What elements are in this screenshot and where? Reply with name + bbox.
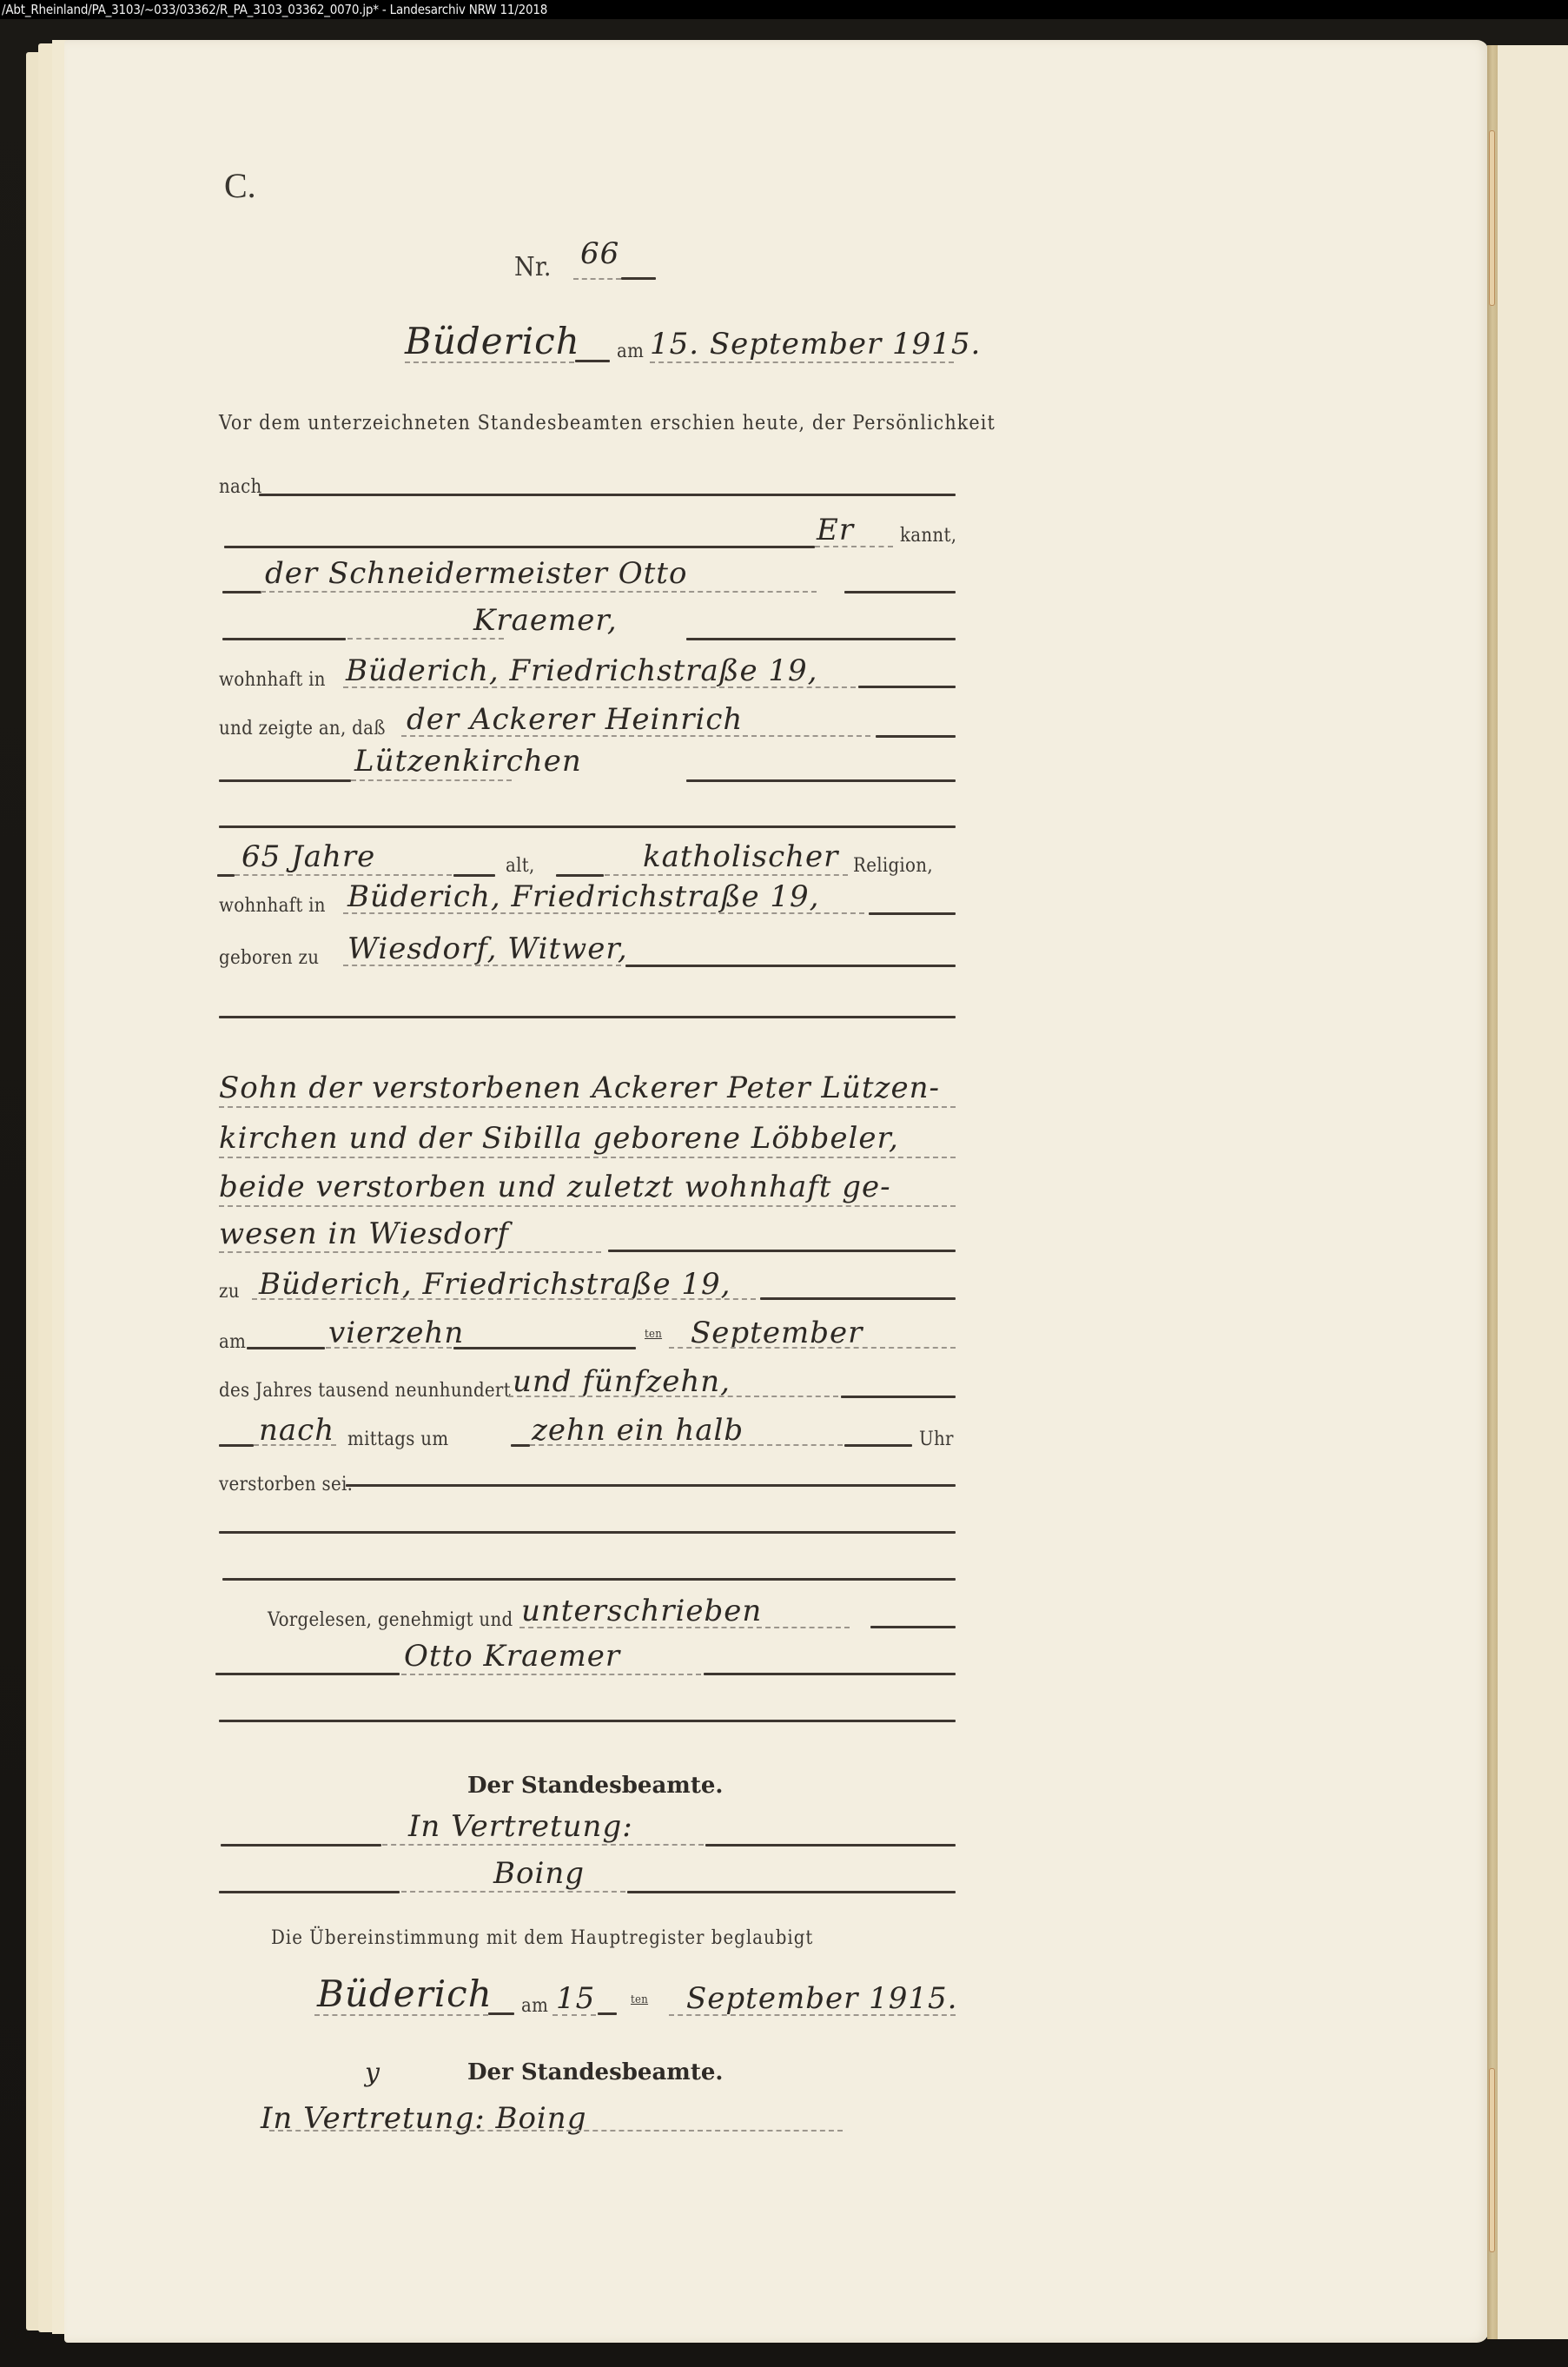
- fill-line: [343, 912, 864, 914]
- fill-line: [552, 2014, 596, 2016]
- fill-line: [815, 546, 893, 547]
- fill-line: [650, 361, 954, 363]
- death-day: vierzehn: [328, 1316, 464, 1350]
- form-line: [704, 1673, 956, 1675]
- informant-residence: Büderich, Friedrichstraße 19,: [346, 653, 817, 688]
- form-line: [870, 1626, 956, 1628]
- fill-line: [343, 965, 621, 966]
- form-line: [219, 1531, 956, 1534]
- death-place: Büderich, Friedrichstraße 19,: [259, 1267, 731, 1302]
- form-line: [259, 494, 956, 496]
- certification-mark: y: [365, 2058, 380, 2088]
- form-line: [858, 686, 956, 688]
- form-line: [219, 1891, 400, 1893]
- vorgelesen-value: unterschrieben: [521, 1594, 762, 1628]
- form-line: [453, 1347, 636, 1349]
- fill-line: [219, 1157, 956, 1158]
- fill-line: [669, 2014, 956, 2016]
- form-line: [215, 1673, 400, 1675]
- mittags-label: mittags um: [347, 1429, 448, 1450]
- informant-line-1: der Schneidermeister Otto: [265, 556, 687, 591]
- certification-am-label: am: [521, 1995, 548, 2017]
- known-label: kannt,: [900, 525, 956, 547]
- religion-label: Religion,: [853, 855, 933, 877]
- fill-line: [343, 686, 856, 688]
- form-line: [219, 1720, 956, 1722]
- nach-label: nach: [219, 476, 262, 498]
- form-line: [453, 874, 495, 877]
- official-signature: Boing: [493, 1856, 585, 1891]
- form-line: [598, 2012, 617, 2015]
- informant-line-2: Kraemer,: [473, 603, 618, 638]
- form-line: [511, 1444, 530, 1447]
- form-line: [608, 1250, 956, 1252]
- vertretung-text: In Vertretung:: [408, 1809, 633, 1844]
- fill-line: [401, 735, 870, 737]
- form-line: [221, 1844, 381, 1847]
- record-number: 66: [580, 236, 619, 271]
- certification-place: Büderich: [317, 1972, 493, 2015]
- fill-line: [605, 874, 848, 876]
- fill-line: [530, 1444, 843, 1446]
- form-line: [219, 779, 351, 782]
- geboren-label: geboren zu: [219, 947, 319, 969]
- informant-signature: Otto Kraemer: [404, 1639, 620, 1674]
- form-line: [219, 1016, 956, 1018]
- form-line: [219, 1444, 254, 1447]
- fill-line: [519, 1627, 850, 1628]
- parents-line-2: kirchen und der Sibilla geborene Löbbele…: [219, 1121, 899, 1156]
- certification-text: Die Übereinstimmung mit dem Hauptregiste…: [271, 1927, 813, 1949]
- certification-ten-suffix: ten: [631, 1993, 648, 2006]
- wohnhaft-label: wohnhaft in: [219, 669, 326, 691]
- form-line: [760, 1297, 956, 1300]
- fill-line: [235, 874, 452, 876]
- fill-line: [326, 1347, 452, 1349]
- ten-suffix: ten: [645, 1328, 662, 1341]
- zu-label: zu: [219, 1281, 240, 1303]
- form-line: [876, 735, 956, 738]
- fill-line: [254, 1444, 336, 1446]
- form-line: [222, 1578, 956, 1581]
- death-time: zehn ein halb: [532, 1413, 744, 1448]
- form-line: [869, 912, 956, 915]
- form-line: [844, 591, 956, 593]
- verstorben-label: verstorben sei.: [219, 1474, 353, 1495]
- fill-line: [669, 1347, 956, 1349]
- form-line: [844, 1444, 912, 1447]
- parents-line-1: Sohn der verstorbenen Ackerer Peter Lütz…: [219, 1071, 940, 1105]
- certification-month-year: September 1915.: [686, 1981, 957, 2016]
- form-line: [686, 779, 956, 782]
- form-line: [488, 2012, 514, 2015]
- form-line: [222, 591, 261, 593]
- fill-line: [252, 1298, 756, 1300]
- form-line: [346, 1484, 956, 1487]
- zeigte-label: und zeigte an, daß: [219, 718, 386, 739]
- fill-line: [573, 278, 621, 280]
- jahres-label: des Jahres tausend neunhundert: [219, 1380, 511, 1402]
- uhr-label: Uhr: [919, 1429, 954, 1450]
- death-year-words: und fünfzehn,: [513, 1364, 731, 1399]
- known-value: Er: [817, 513, 854, 547]
- nach-value: nach: [259, 1413, 334, 1448]
- deceased-line-2: Lützenkirchen: [354, 744, 582, 779]
- form-line: [556, 874, 604, 877]
- fill-line: [351, 779, 512, 781]
- age-value: 65 Jahre: [241, 839, 375, 874]
- form-line: [625, 965, 956, 967]
- fill-line: [261, 591, 817, 593]
- deceased-residence: Büderich, Friedrichstraße 19,: [347, 879, 819, 914]
- birthplace: Wiesdorf, Witwer,: [347, 932, 628, 966]
- header-date: 15. September 1915.: [650, 327, 981, 361]
- am-label: am: [219, 1331, 246, 1353]
- form-line: [217, 874, 235, 877]
- fill-line: [401, 1674, 701, 1675]
- fill-line: [269, 2130, 843, 2132]
- fill-line: [219, 1251, 601, 1253]
- fill-line: [382, 1844, 704, 1846]
- form-line: [627, 1891, 956, 1893]
- intro-text: Vor dem unterzeichneten Standesbeamten e…: [219, 412, 996, 434]
- fill-line: [219, 1106, 956, 1108]
- form-line: [621, 277, 656, 280]
- header-place: Büderich: [405, 320, 580, 362]
- fill-line: [405, 361, 574, 363]
- deceased-wohnhaft-label: wohnhaft in: [219, 895, 326, 917]
- fill-line: [314, 2014, 488, 2016]
- section-letter: C.: [224, 165, 256, 206]
- death-month: September: [691, 1316, 863, 1350]
- form-line: [705, 1844, 956, 1847]
- form-line: [247, 1347, 325, 1349]
- certification-day: 15: [556, 1981, 595, 2016]
- alt-label: alt,: [506, 855, 535, 877]
- parents-line-3: beide verstorben und zuletzt wohnhaft ge…: [219, 1170, 891, 1204]
- fill-line: [401, 1891, 625, 1893]
- form-line: [224, 546, 815, 548]
- form-line: [222, 638, 346, 640]
- fill-line: [219, 1205, 956, 1207]
- religion-value: katholischer: [643, 839, 838, 874]
- number-label: Nr.: [514, 252, 552, 282]
- death-record-form: C. Nr. 66 Büderich am 15. September 1915…: [0, 0, 1568, 2367]
- form-line: [686, 638, 956, 640]
- fill-line: [508, 1396, 838, 1397]
- certification-heading: Der Standesbeamte.: [467, 2059, 723, 2085]
- standesbeamte-heading: Der Standesbeamte.: [467, 1773, 723, 1799]
- form-line: [219, 825, 956, 828]
- deceased-line-1: der Ackerer Heinrich: [407, 702, 743, 737]
- parents-line-4: wesen in Wiesdorf: [219, 1217, 509, 1251]
- header-am-label: am: [617, 341, 644, 362]
- form-line: [841, 1396, 956, 1398]
- vorgelesen-label: Vorgelesen, genehmigt und: [268, 1609, 513, 1631]
- form-line: [575, 360, 610, 362]
